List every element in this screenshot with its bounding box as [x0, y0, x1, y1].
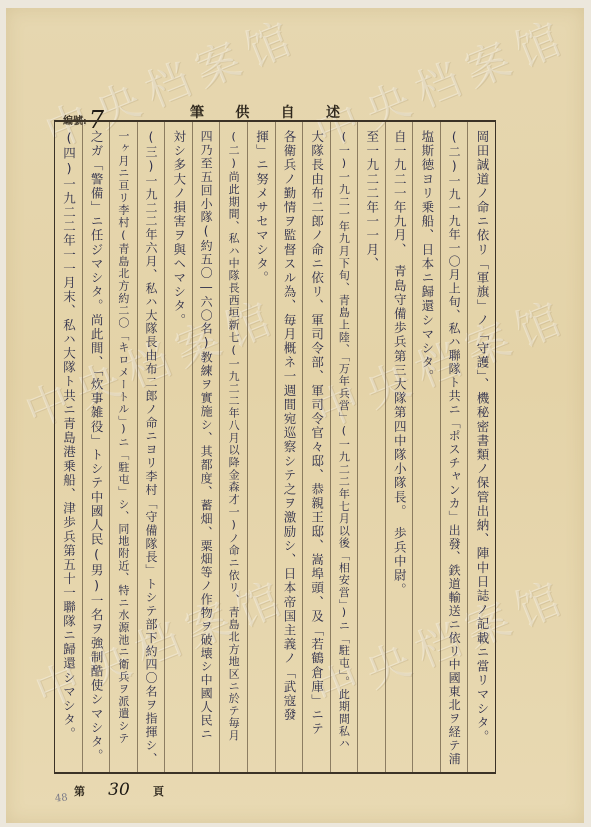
text-column: (三)一九二二年六月、私ハ大隊長由布二郎ノ命ニヨリ李村「守備隊長」トシテ部下約四… — [137, 122, 165, 772]
page-prefix: 第 — [74, 783, 85, 799]
manuscript-grid: 岡田誠道ノ命ニ依リ「軍旗」ノ「守護」、機秘密書類ノ保管出納、陣中日誌ノ記載ニ當リ… — [54, 120, 496, 774]
text-column: 岡田誠道ノ命ニ依リ「軍旗」ノ「守護」、機秘密書類ノ保管出納、陣中日誌ノ記載ニ當リ… — [467, 122, 495, 772]
text-column: (四)一九二二年一一月末、私ハ大隊ト共ニ青島港乗船、津歩兵第五十一聯隊ニ歸還シマ… — [55, 122, 82, 772]
column-text: 大隊長由布二郎ノ命ニ依リ、軍司令部、軍司令官々邸、恭親王邸、嵩埠頭、及「若鶴倉庫… — [310, 130, 323, 736]
text-column: 大隊長由布二郎ノ命ニ依リ、軍司令部、軍司令官々邸、恭親王邸、嵩埠頭、及「若鶴倉庫… — [302, 122, 330, 772]
column-text: 之ガ「警備」ニ任ジマシタ。尚此間、「炊事雑役」トシテ中國人民(男)一名ヲ強制酷使… — [90, 130, 103, 763]
column-text: (三)一九二二年六月、私ハ大隊長由布二郎ノ命ニヨリ李村「守備隊長」トシテ部下約四… — [145, 130, 157, 766]
column-text: 一ヶ月ニ亘リ李村(青島北方約二〇「キロメートル」)ニ「駐屯」シ、同地附近、特ニ水… — [118, 130, 129, 745]
text-column: 之ガ「警備」ニ任ジマシタ。尚此間、「炊事雑役」トシテ中國人民(男)一名ヲ強制酷使… — [82, 122, 110, 772]
column-text: 揮」ニ努メサセマシタ。 — [255, 130, 268, 285]
title-char: 自 — [281, 102, 295, 122]
column-text: (一)一九二一年九月下旬、青島上陸、「万年兵営」(一九二二年七月以後「相安営」)… — [338, 130, 349, 750]
text-column: 対シ多大ノ損害ヲ與ヘマシタ。 — [164, 122, 192, 772]
page-number-footer: 第 30 頁 — [74, 780, 164, 800]
text-column: 一ヶ月ニ亘リ李村(青島北方約二〇「キロメートル」)ニ「駐屯」シ、同地附近、特ニ水… — [109, 122, 137, 772]
column-text: (四)一九二二年一一月末、私ハ大隊ト共ニ青島港乗船、津歩兵第五十一聯隊ニ歸還シマ… — [62, 130, 75, 741]
column-text: 至一九二二年一一月、 — [365, 130, 378, 271]
text-column: 至一九二二年一一月、 — [357, 122, 385, 772]
title-char: 筆 — [190, 102, 204, 122]
column-text: (二)尚此期間、私ハ中隊長西垣新七(一九二二年八月以降金森才一)ノ命ニ依リ、青島… — [228, 130, 239, 742]
text-column: (二)一九一九年一〇月上旬、私ハ聯隊ト共ニ「ポスチャンカ」出發、鉄道輸送ニ依リ中… — [440, 122, 468, 772]
text-column: 四乃至五回小隊(約五〇―六〇名)教練ヲ實施シ、其都度、蓄畑、粟畑等ノ作物ヲ破壊シ… — [192, 122, 220, 772]
text-column: (二)尚此期間、私ハ中隊長西垣新七(一九二二年八月以降金森才一)ノ命ニ依リ、青島… — [219, 122, 247, 772]
column-text: 四乃至五回小隊(約五〇―六〇名)教練ヲ實施シ、其都度、蓄畑、粟畑等ノ作物ヲ破壊シ… — [200, 130, 212, 741]
column-text: (二)一九一九年一〇月上旬、私ハ聯隊ト共ニ「ポスチャンカ」出發、鉄道輸送ニ依リ中… — [448, 130, 460, 766]
page-title: 筆 供 自 述 — [190, 102, 340, 122]
column-text: 岡田誠道ノ命ニ依リ「軍旗」ノ「守護」、機秘密書類ノ保管出納、陣中日誌ノ記載ニ當リ… — [475, 130, 488, 744]
text-column: 各衛兵ノ勤情ヲ監督スル為、毎月概ネ一週間宛巡察シテ之ヲ激励シ、日本帝国主義ノ「武… — [275, 122, 303, 772]
margin-note: 48 — [54, 792, 68, 804]
column-text: 塩斯徳ヨリ乗船、日本ニ歸還シマシタ。 — [420, 130, 433, 384]
column-text: 各衛兵ノ勤情ヲ監督スル為、毎月概ネ一週間宛巡察シテ之ヲ激励シ、日本帝国主義ノ「武… — [283, 130, 296, 722]
column-text: 自一九二一年九月、 青島守備歩兵第三大隊第四中隊小隊長。 歩兵中尉。 — [393, 130, 406, 597]
text-column: 自一九二一年九月、 青島守備歩兵第三大隊第四中隊小隊長。 歩兵中尉。 — [385, 122, 413, 772]
title-char: 述 — [326, 102, 340, 122]
title-char: 供 — [235, 102, 249, 122]
page-suffix: 頁 — [153, 783, 164, 799]
page-number: 30 — [108, 780, 130, 800]
text-column: 塩斯徳ヨリ乗船、日本ニ歸還シマシタ。 — [412, 122, 440, 772]
text-column: (一)一九二一年九月下旬、青島上陸、「万年兵営」(一九二二年七月以後「相安営」)… — [330, 122, 358, 772]
column-text: 対シ多大ノ損害ヲ與ヘマシタ。 — [172, 130, 185, 327]
text-column: 揮」ニ努メサセマシタ。 — [247, 122, 275, 772]
